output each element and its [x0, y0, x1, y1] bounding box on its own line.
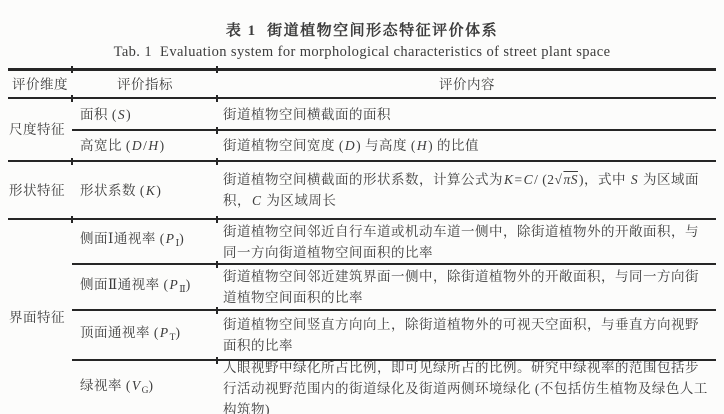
- dimension-cell: 尺度特征: [8, 97, 72, 160]
- rich-text: 绿视率 (VG): [80, 375, 154, 402]
- dimension-cell: 界面特征: [8, 218, 72, 414]
- rich-text: 面积 (S): [80, 104, 131, 125]
- scanned-page: { "colors":{ "paper":"#fcfcfb", "ink":"#…: [0, 0, 724, 414]
- indicator-cell: 高宽比 (D/H): [72, 129, 218, 160]
- rich-text: 人眼视野中绿化所占比例，即可见绿所占的比例。研究中绿视率的范围包括步行活动视野范…: [223, 357, 708, 414]
- table-title-en: Tab. 1 Evaluation system for morphologic…: [0, 44, 724, 61]
- header-cell-indicator: 评价指标: [72, 71, 218, 97]
- rich-text: 侧面Ⅱ通视率 (PⅡ): [80, 274, 191, 301]
- column-tick: [216, 357, 218, 364]
- rich-text: 顶面通视率 (PT): [80, 322, 180, 349]
- rich-text: 街道植物空间宽度 (D) 与高度 (H) 的比值: [223, 135, 479, 156]
- column-tick: [216, 158, 218, 165]
- content-cell: 街道植物空间宽度 (D) 与高度 (H) 的比值: [218, 129, 716, 160]
- rich-text: 街道植物空间横截面的面积: [223, 104, 391, 125]
- header-cell-content: 评价内容: [218, 71, 716, 97]
- content-cell: 街道植物空间邻近建筑界面一侧中，除街道植物外的开敞面积，与同一方向街道植物空间面…: [218, 263, 716, 309]
- indicator-cell: 面积 (S): [72, 97, 218, 129]
- rich-text: 街道植物空间竖直方向向上，除街道植物外的可视天空面积，与垂直方向视野面积的比率: [223, 314, 708, 356]
- indicator-cell: 绿视率 (VG): [72, 359, 218, 414]
- rich-text: 高宽比 (D/H): [80, 135, 165, 156]
- column-tick: [216, 127, 218, 134]
- column-tick: [71, 66, 73, 73]
- rich-text: 形状系数 (K): [80, 180, 161, 201]
- rich-text: 侧面Ⅰ通视率 (PⅠ): [80, 228, 184, 255]
- column-tick: [216, 307, 218, 314]
- evaluation-table: 评价维度 评价指标 评价内容 尺度特征面积 (S)街道植物空间横截面的面积高宽比…: [8, 68, 716, 414]
- column-tick: [71, 95, 73, 102]
- rich-text: 街道植物空间横截面的形状系数，计算公式为K=C/ (2√πS)，式中 S 为区域…: [223, 169, 708, 211]
- indicator-cell: 侧面Ⅰ通视率 (PⅠ): [72, 218, 218, 263]
- indicator-cell: 形状系数 (K): [72, 160, 218, 218]
- rich-text: 街道植物空间邻近建筑界面一侧中，除街道植物外的开敞面积，与同一方向街道植物空间面…: [223, 266, 708, 308]
- column-tick: [216, 261, 218, 268]
- table-title-zh: 表 1 街道植物空间形态特征评价体系: [0, 19, 724, 40]
- dimension-cell: 形状特征: [8, 160, 72, 218]
- rich-text: 街道植物空间邻近自行车道或机动车道一侧中，除街道植物外的开敞面积，与同一方向街道…: [223, 221, 708, 263]
- content-cell: 人眼视野中绿化所占比例，即可见绿所占的比例。研究中绿视率的范围包括步行活动视野范…: [218, 359, 716, 414]
- column-tick: [216, 216, 218, 223]
- indicator-cell: 顶面通视率 (PT): [72, 309, 218, 359]
- content-cell: 街道植物空间横截面的形状系数，计算公式为K=C/ (2√πS)，式中 S 为区域…: [218, 160, 716, 218]
- indicator-cell: 侧面Ⅱ通视率 (PⅡ): [72, 263, 218, 309]
- header-cell-dimension: 评价维度: [8, 71, 72, 97]
- content-cell: 街道植物空间邻近自行车道或机动车道一侧中，除街道植物外的开敞面积，与同一方向街道…: [218, 218, 716, 263]
- column-tick: [71, 216, 73, 223]
- column-tick: [216, 95, 218, 102]
- content-cell: 街道植物空间竖直方向向上，除街道植物外的可视天空面积，与垂直方向视野面积的比率: [218, 309, 716, 359]
- column-tick: [71, 158, 73, 165]
- column-tick: [216, 66, 218, 73]
- content-cell: 街道植物空间横截面的面积: [218, 97, 716, 129]
